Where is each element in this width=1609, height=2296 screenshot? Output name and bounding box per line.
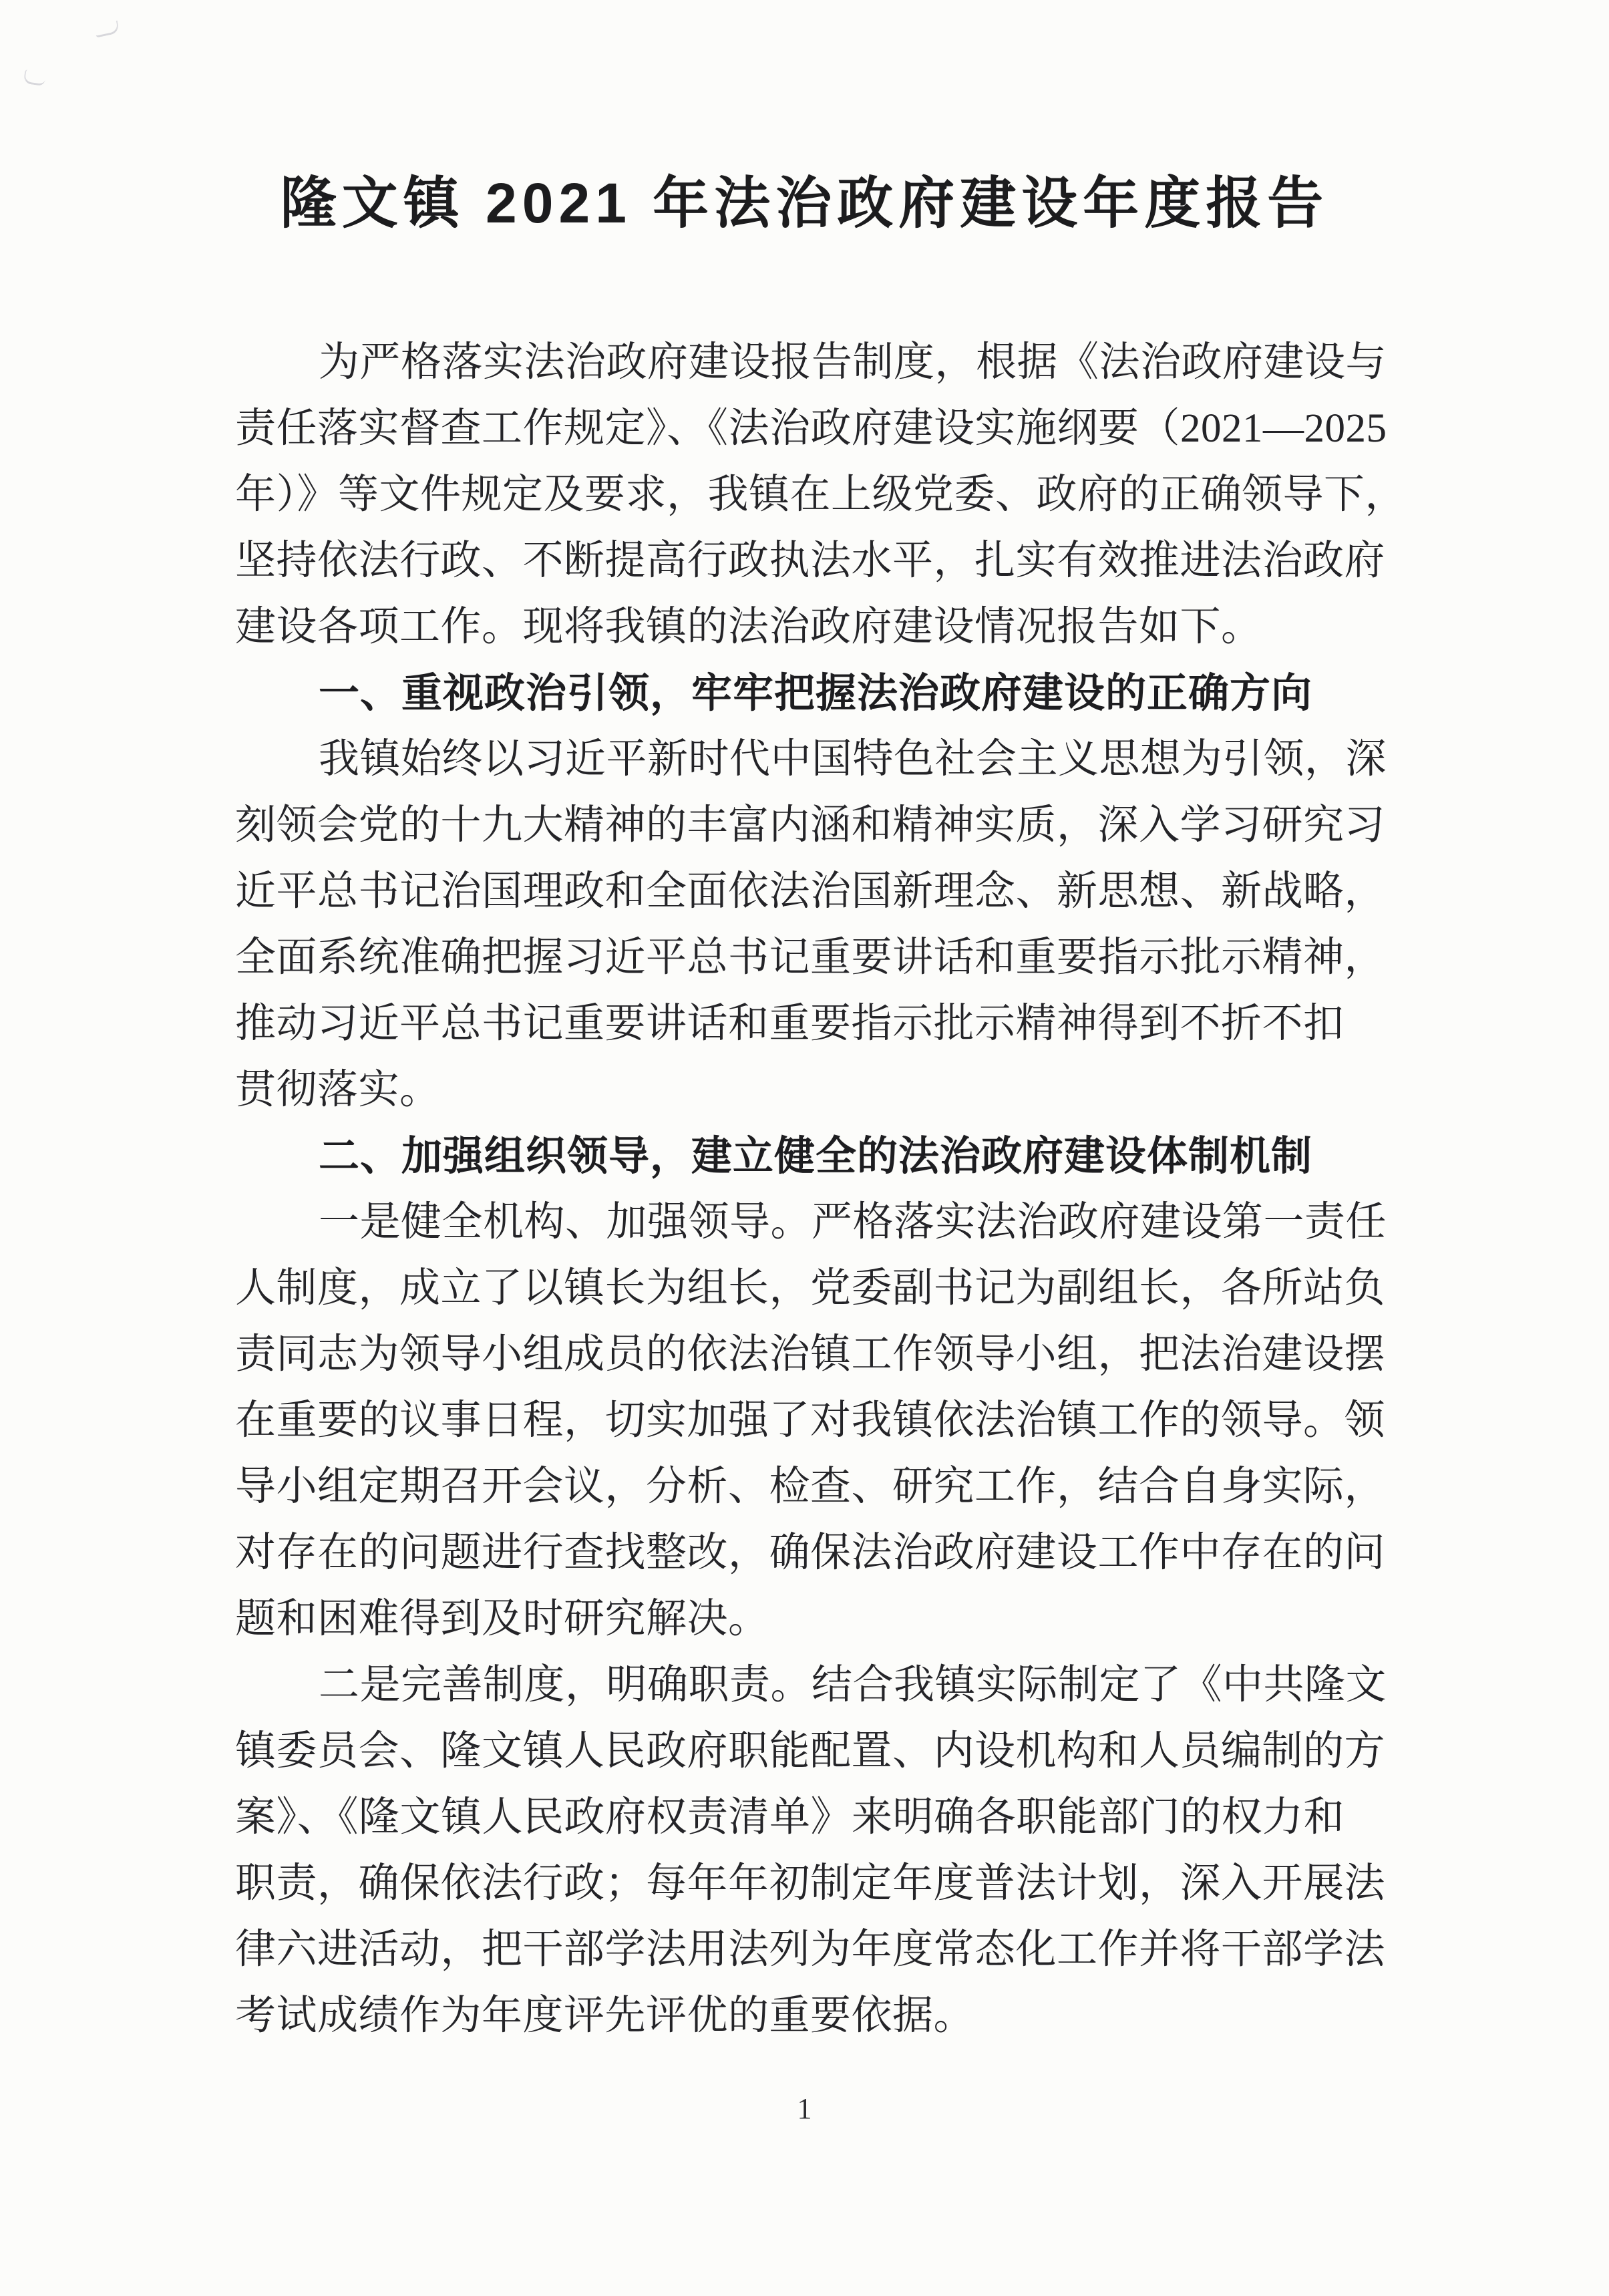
text-line: 近平总书记治国理政和全面依法治国新理念、新思想、新战略， — [235, 858, 1382, 925]
text-line: 贯彻落实。 — [235, 1057, 1382, 1123]
text-line: 责同志为领导小组成员的依法治镇工作领导小组，把法治建设摆 — [235, 1321, 1382, 1387]
text-line: 推动习近平总书记重要讲话和重要指示批示精神得到不折不扣 — [235, 991, 1382, 1057]
text-line: 导小组定期召开会议，分析、检查、研究工作，结合自身实际， — [235, 1454, 1382, 1520]
document-page: 隆文镇 2021 年法治政府建设年度报告 为严格落实法治政府建设报告制度，根据《… — [0, 0, 1609, 2296]
text-line: 我镇始终以习近平新时代中国特色社会主义思想为引领，深 — [235, 726, 1382, 792]
text-line: 责任落实督查工作规定》、《法治政府建设实施纲要（2021—2025 — [235, 395, 1382, 462]
text-line: 年）》等文件规定及要求，我镇在上级党委、政府的正确领导下， — [235, 462, 1382, 528]
section-heading: 二、加强组织领导，建立健全的法治政府建设体制机制 — [235, 1123, 1382, 1189]
text-line: 坚持依法行政、不断提高行政执法水平，扎实有效推进法治政府 — [235, 528, 1382, 594]
text-line: 律六进活动，把干部学法用法列为年度常态化工作并将干部学法 — [235, 1917, 1382, 1983]
text-line: 考试成绩作为年度评先评优的重要依据。 — [235, 1983, 1382, 2049]
document-body: 为严格落实法治政府建设报告制度，根据《法治政府建设与责任落实督查工作规定》、《法… — [235, 329, 1382, 2049]
page-number: 1 — [0, 2092, 1609, 2126]
text-line: 职责，确保依法行政；每年年初制定年度普法计划，深入开展法 — [235, 1850, 1382, 1917]
text-line: 建设各项工作。现将我镇的法治政府建设情况报告如下。 — [235, 594, 1382, 660]
scan-artifact — [23, 69, 47, 86]
text-line: 镇委员会、隆文镇人民政府职能配置、内设机构和人员编制的方 — [235, 1718, 1382, 1784]
section-heading: 一、重视政治引领，牢牢把握法治政府建设的正确方向 — [235, 660, 1382, 726]
text-line: 全面系统准确把握习近平总书记重要讲话和重要指示批示精神， — [235, 925, 1382, 991]
text-line: 案》、《隆文镇人民政府权责清单》来明确各职能部门的权力和 — [235, 1784, 1382, 1850]
text-line: 在重要的议事日程，切实加强了对我镇依法治镇工作的领导。领 — [235, 1387, 1382, 1454]
document-title: 隆文镇 2021 年法治政府建设年度报告 — [0, 166, 1609, 240]
text-line: 题和困难得到及时研究解决。 — [235, 1586, 1382, 1652]
text-line: 为严格落实法治政府建设报告制度，根据《法治政府建设与 — [235, 329, 1382, 395]
text-line: 人制度，成立了以镇长为组长，党委副书记为副组长，各所站负 — [235, 1255, 1382, 1321]
text-line: 二是完善制度，明确职责。结合我镇实际制定了《中共隆文 — [235, 1652, 1382, 1718]
scan-artifact — [94, 20, 120, 37]
text-line: 对存在的问题进行查找整改，确保法治政府建设工作中存在的问 — [235, 1520, 1382, 1586]
text-line: 一是健全机构、加强领导。严格落实法治政府建设第一责任 — [235, 1189, 1382, 1255]
text-line: 刻领会党的十九大精神的丰富内涵和精神实质，深入学习研究习 — [235, 792, 1382, 858]
